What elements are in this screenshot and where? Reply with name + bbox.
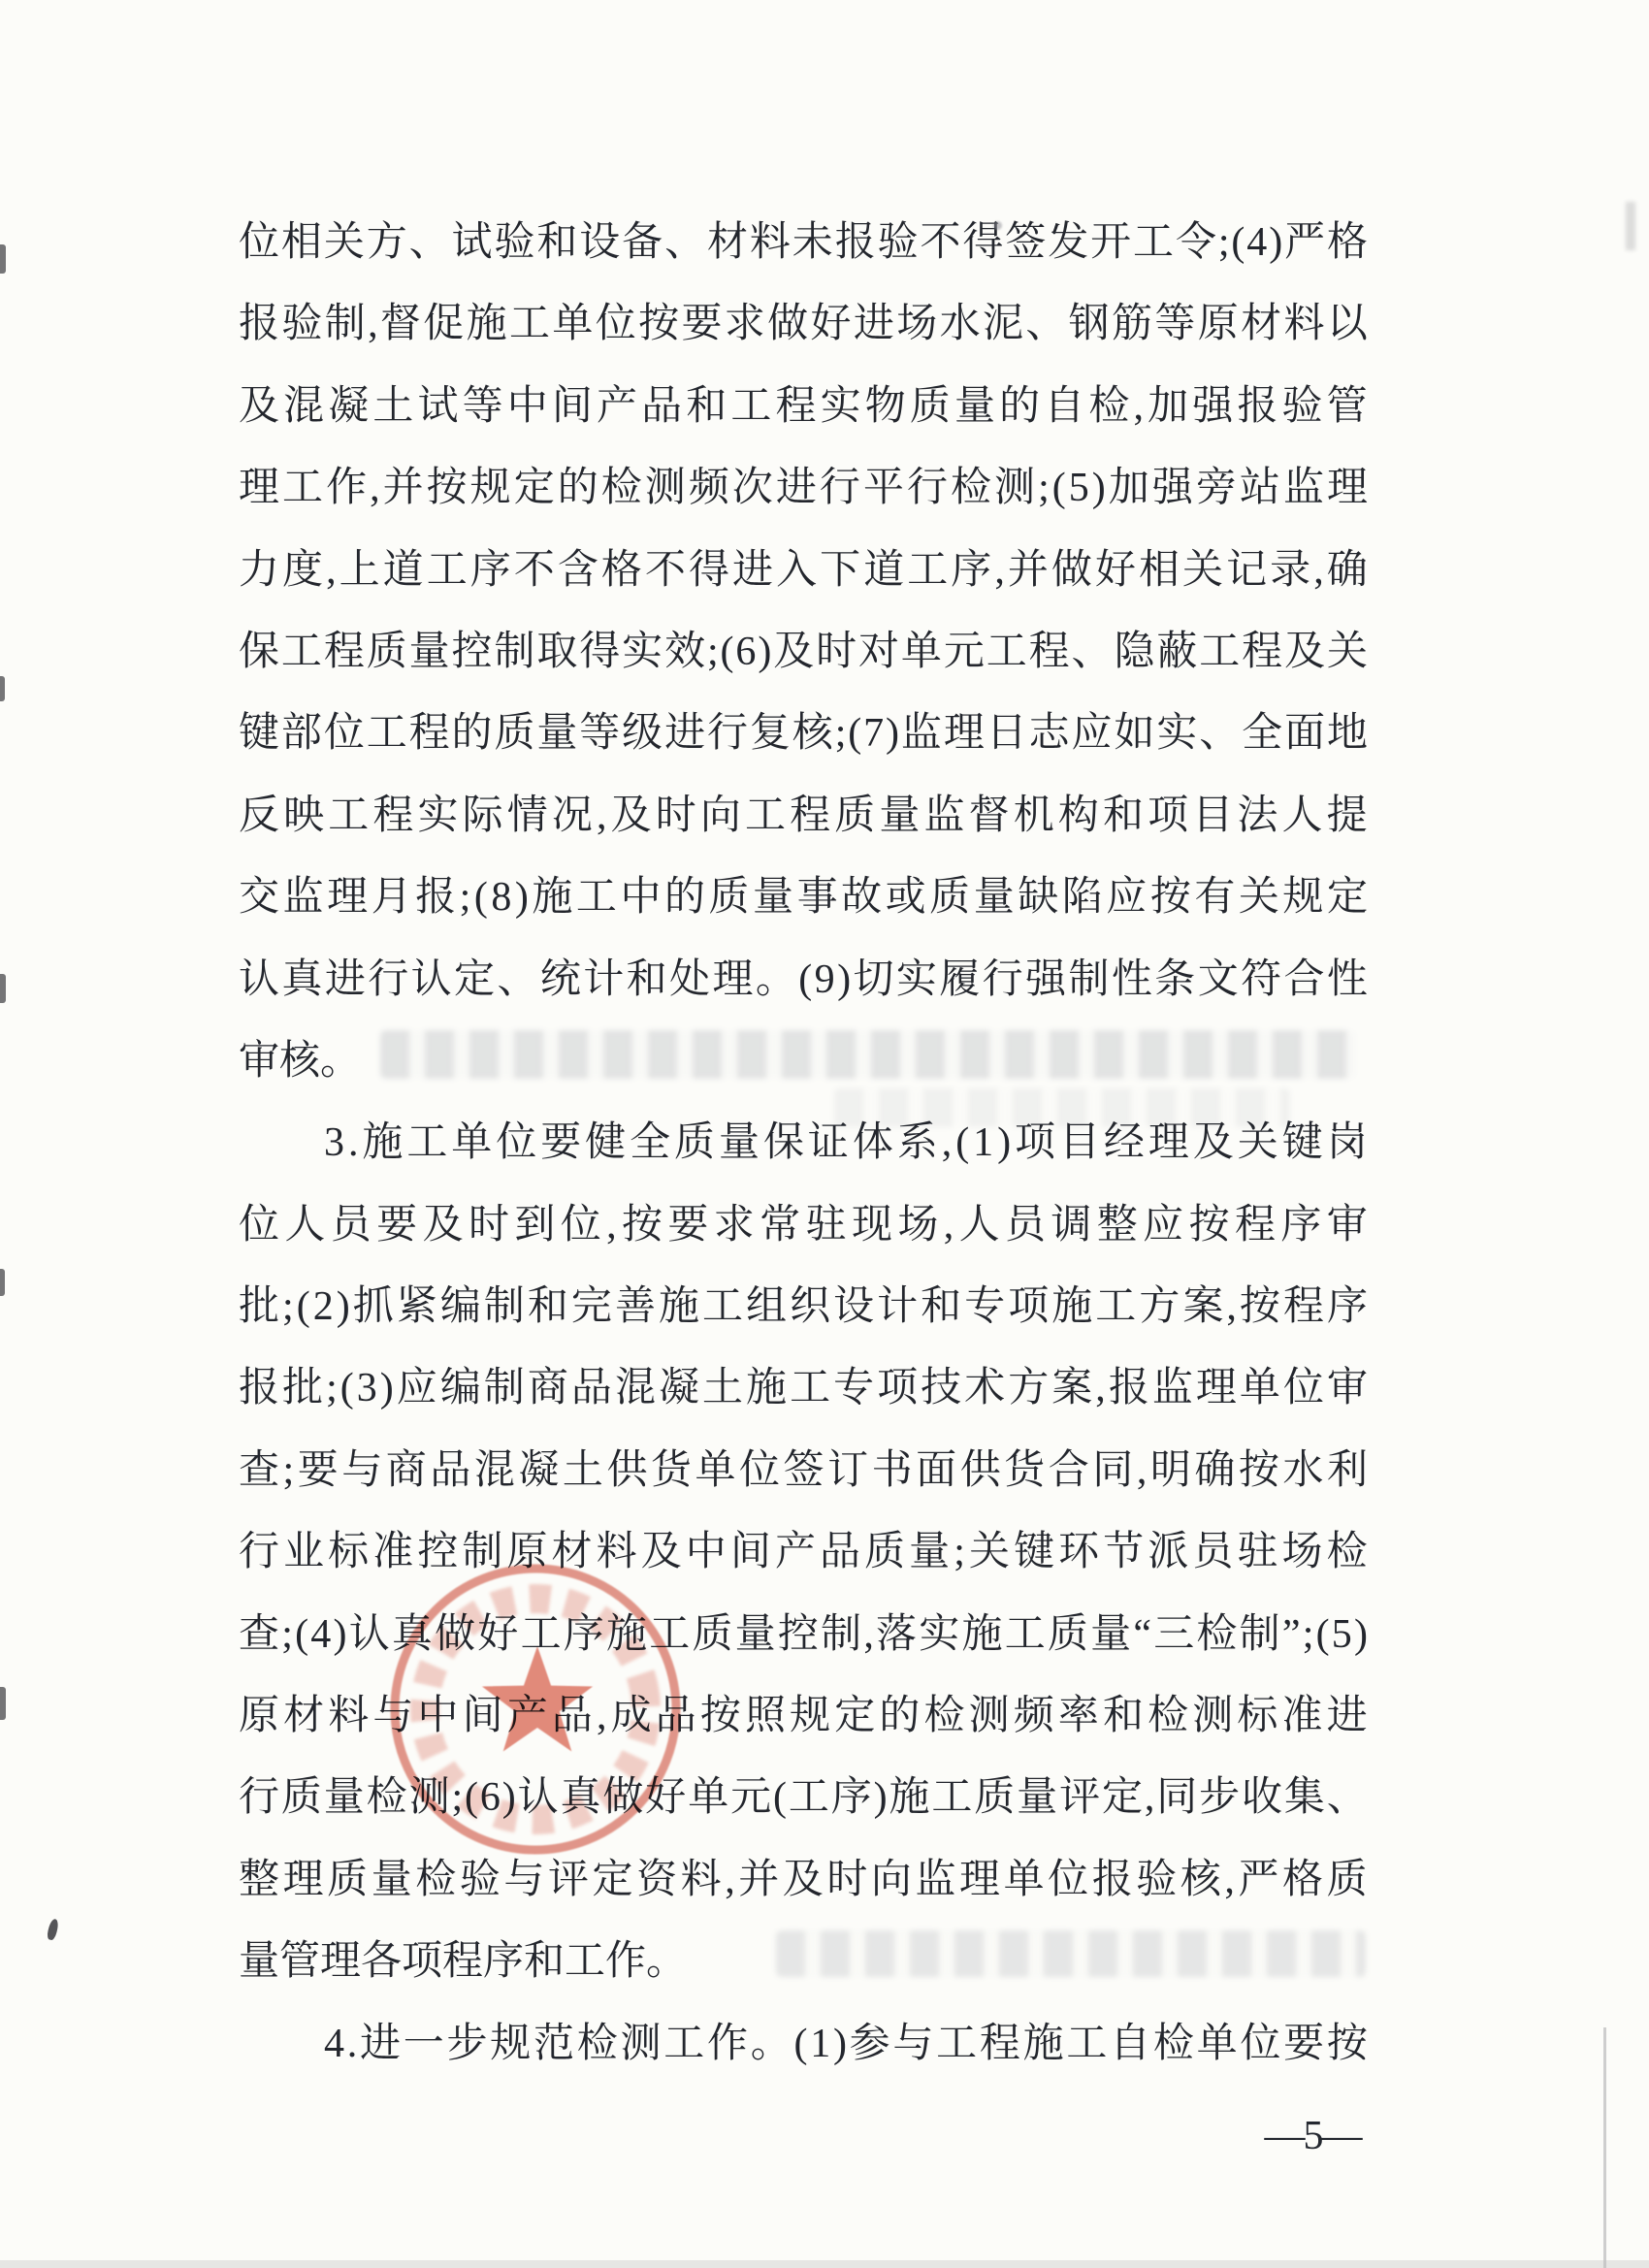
scan-artifact [993,221,1002,230]
seal-star-icon [482,1646,593,1752]
scanned-page: 位相关方、试验和设备、材料未报验不得签发开工令;(4)严格报验制,督促施工单位按… [0,0,1649,2268]
scan-edge-line [0,2260,1649,2268]
text-line: 查;要与商品混凝土供货单位签订书面供货合同,明确按水利 [239,1430,1368,1511]
text-line: 批;(2)抓紧编制和完善施工组织设计和专项施工方案,按程序 [239,1266,1368,1347]
scan-artifact [0,1687,6,1720]
text-line: 位相关方、试验和设备、材料未报验不得签发开工令;(4)严格 [239,202,1368,283]
red-seal-stamp [380,1554,691,1864]
scan-artifact [0,676,5,701]
text-line: 保工程质量控制取得实效;(6)及时对单元工程、隐蔽工程及关 [239,611,1368,693]
scan-artifact [0,974,6,1003]
text-line: 位人员要及时到位,按要求常驻现场,人员调整应按程序审 [239,1184,1368,1266]
text-line: 认真进行认定、统计和处理。(9)切实履行强制性条文符合性 [239,939,1368,1021]
text-line: 交监理月报;(8)施工中的质量事故或质量缺陷应按有关规定 [239,857,1368,938]
text-line: 审核。 [239,1021,1368,1102]
text-line: 量管理各项程序和工作。 [239,1921,1368,2002]
scan-artifact [1626,202,1635,250]
text-line: 报验制,督促施工单位按要求做好进场水泥、钢筋等原材料以 [239,283,1368,365]
scan-edge-line [1603,2027,1606,2268]
text-line: 反映工程实际情况,及时向工程质量监督机构和项目法人提 [239,775,1368,857]
text-line: 4.进一步规范检测工作。(1)参与工程施工自检单位要按 [239,2003,1368,2085]
text-line: 理工作,并按规定的检测频次进行平行检测;(5)加强旁站监理 [239,447,1368,529]
text-line: 力度,上道工序不含格不得进入下道工序,并做好相关记录,确 [239,530,1368,611]
page-number: —5— [1249,2107,1375,2165]
text-line: 报批;(3)应编制商品混凝土施工专项技术方案,报监理单位审 [239,1347,1368,1429]
text-line: 键部位工程的质量等级进行复核;(7)监理日志应如实、全面地 [239,693,1368,774]
scan-artifact [0,244,6,274]
text-line: 3.施工单位要健全质量保证体系,(1)项目经理及关键岗 [239,1102,1368,1183]
text-line: 及混凝土试等中间产品和工程实物质量的自检,加强报验管 [239,366,1368,447]
scan-artifact [0,1269,5,1296]
scan-artifact [46,1918,59,1941]
